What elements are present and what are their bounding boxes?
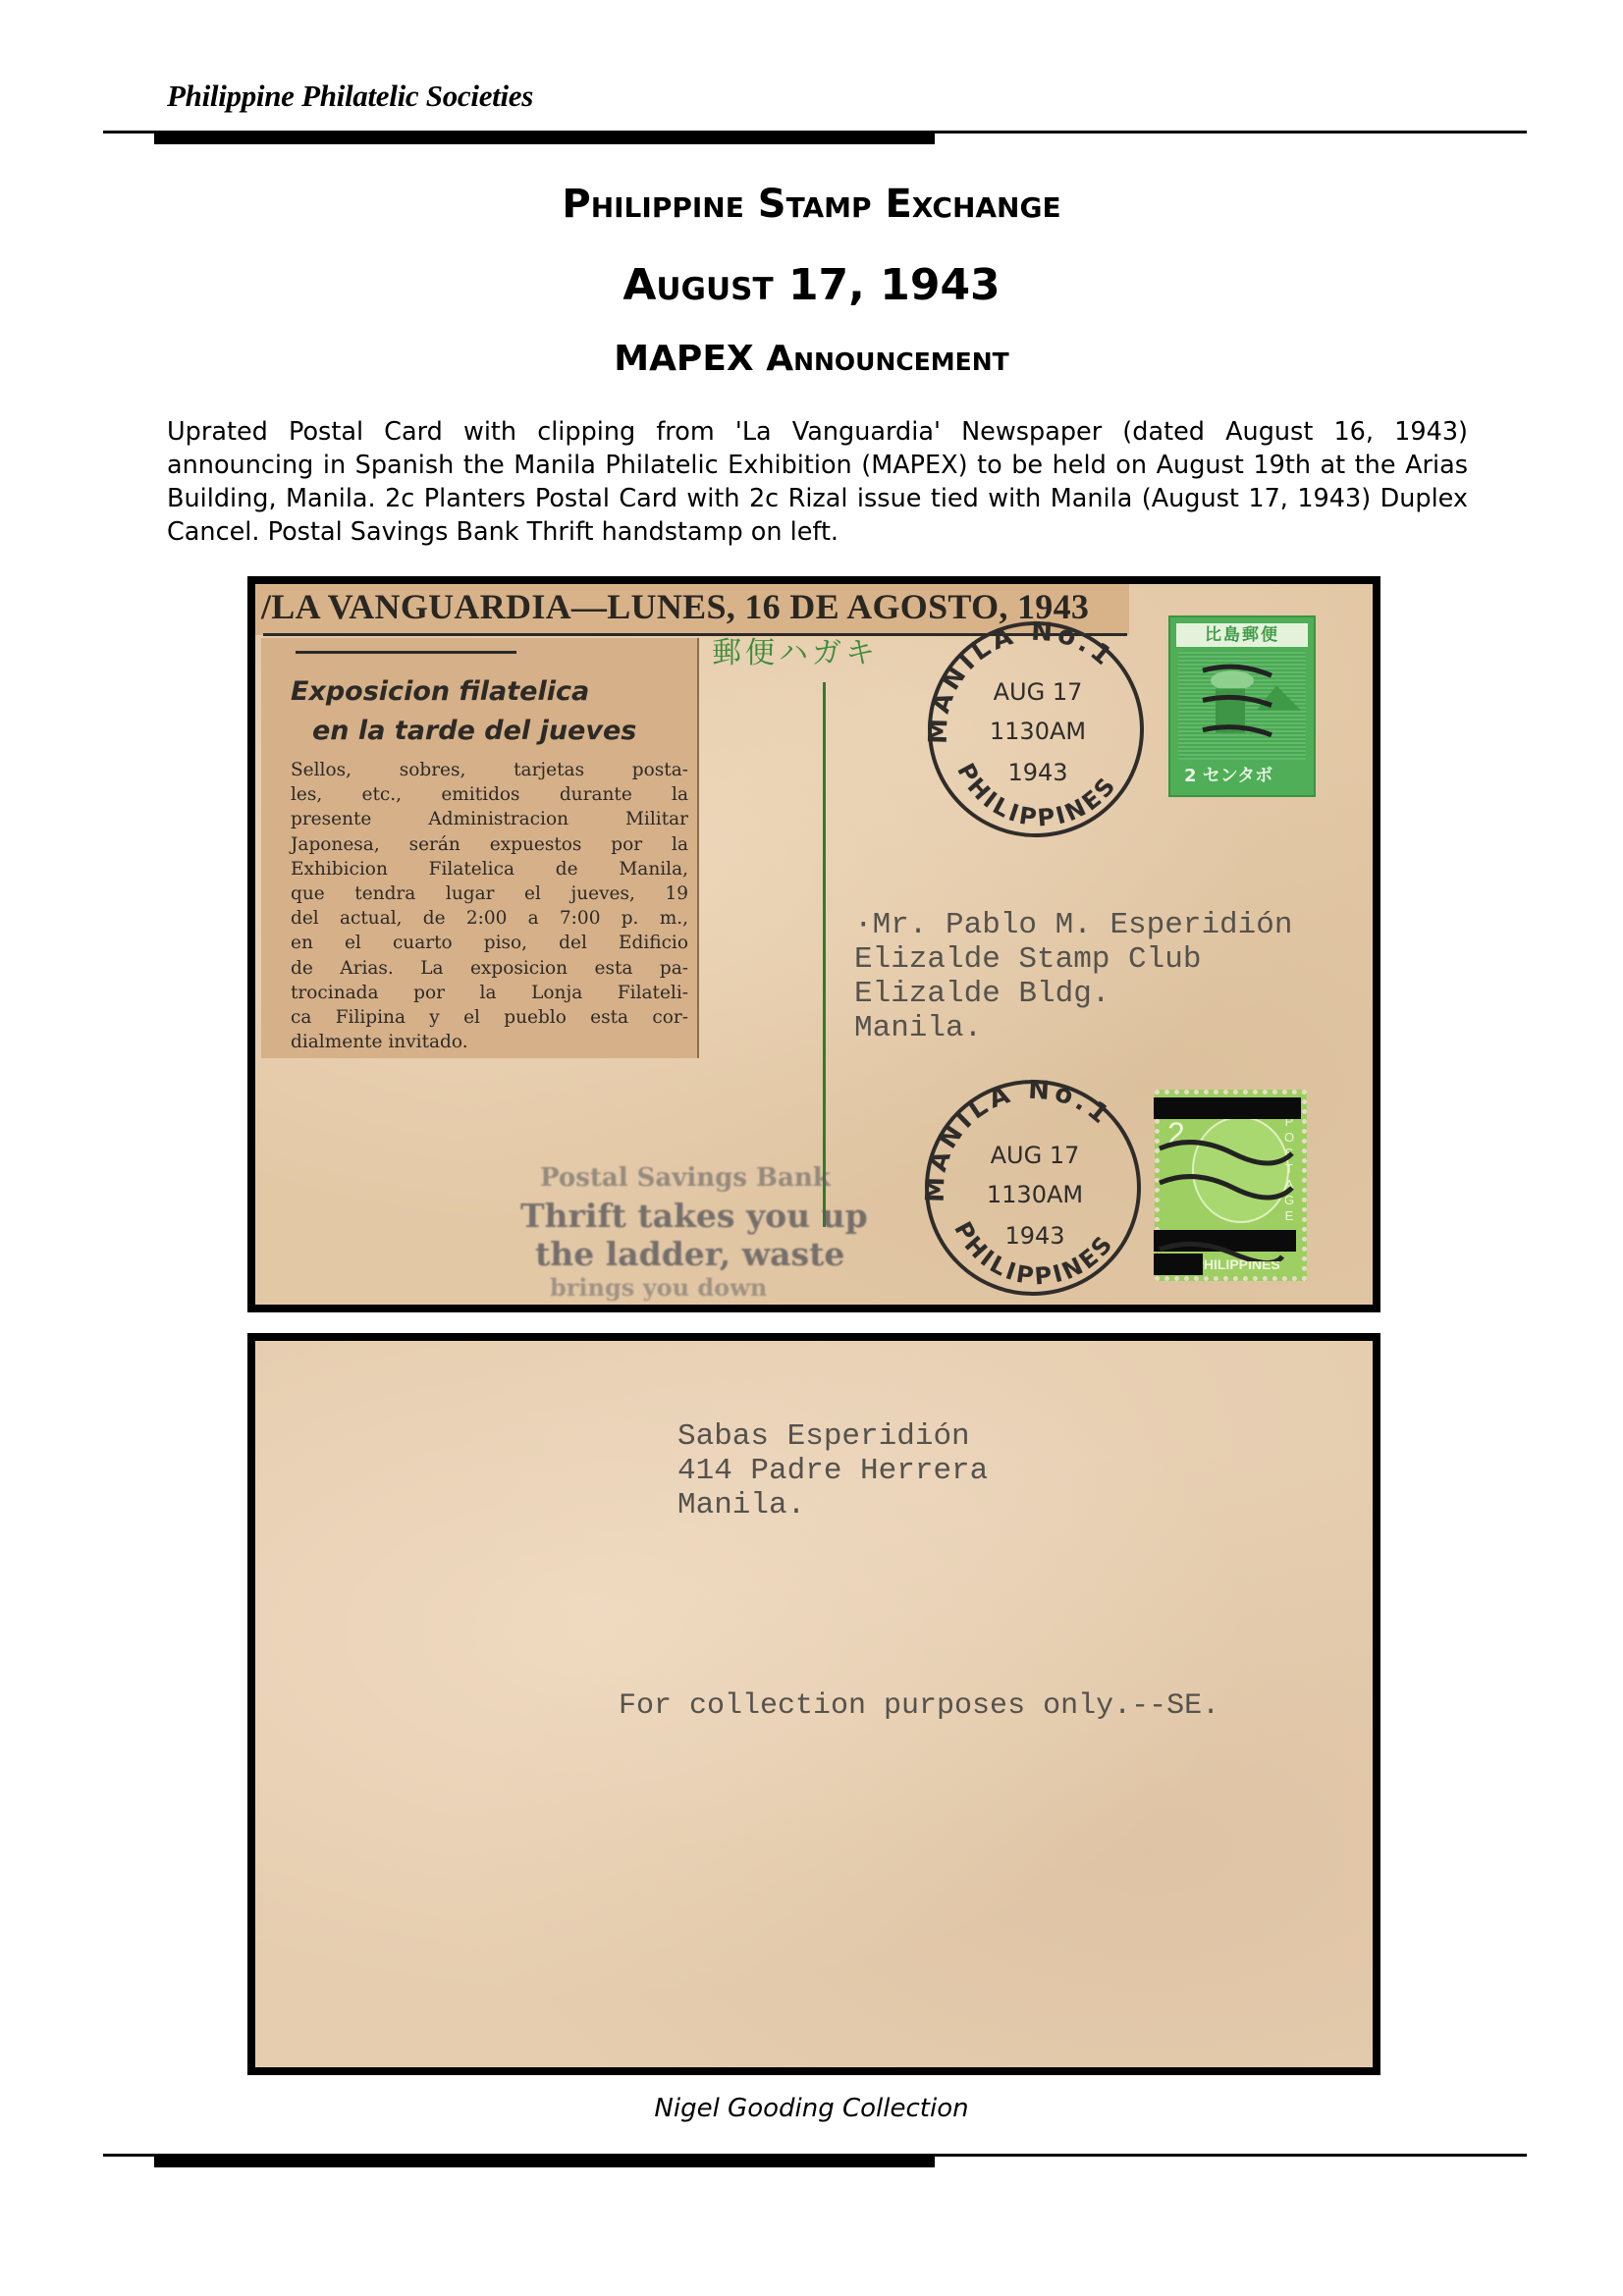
postal-savings-thrift-handstamp: Postal Savings Bank Thrift takes you up … — [520, 1163, 868, 1302]
svg-text:1130AM: 1130AM — [987, 1181, 1083, 1208]
clipping-line: ca Filipina y el pueblo esta cor- — [291, 1005, 688, 1030]
clipping-line: Sellos, sobres, tarjetas posta- — [291, 758, 688, 782]
clipping-line: presente Administracion Militar — [291, 807, 688, 831]
svg-text:1943: 1943 — [1004, 1222, 1064, 1250]
header-rule-bar — [154, 133, 935, 144]
address-line: ·Mr. Pablo M. Esperidión — [854, 908, 1292, 942]
rizal-adhesive-stamp: 2 POSTAGE E PHILIPPINES — [1155, 1090, 1307, 1281]
page-subtitle: MAPEX Announcement — [0, 339, 1623, 379]
handstamp-line: brings you down — [550, 1273, 868, 1302]
headline-line-1: Exposicion filatelica — [291, 676, 589, 707]
description: Uprated Postal Card with clipping from '… — [167, 415, 1468, 549]
clipping-body: Sellos, sobres, tarjetas posta- les, etc… — [291, 758, 688, 1054]
sender-address: Sabas Esperidión414 Padre HerreraManila. — [677, 1419, 988, 1522]
address-line: Sabas Esperidión — [677, 1419, 988, 1454]
collection-caption: Nigel Gooding Collection — [0, 2094, 1623, 2123]
headline-line-2: en la tarde del jueves — [291, 712, 636, 751]
postal-card-back: Sabas Esperidión414 Padre HerreraManila.… — [247, 1333, 1380, 2075]
postal-card-front: /LA VANGUARDIA—LUNES, 16 DE AGOSTO, 1943… — [247, 576, 1380, 1312]
newspaper-clipping: Exposicion filatelica en la tarde del ju… — [261, 638, 699, 1058]
address-line: Manila. — [854, 1011, 1292, 1045]
stamp-top-text: 比島郵便 — [1176, 623, 1308, 647]
page-title: Philippine Stamp Exchange — [0, 182, 1623, 227]
address-line: Elizalde Stamp Club — [854, 942, 1292, 977]
manila-cancel-postmark-2: MANILA No.1 PHILIPPINES AUG 17 1130AM 19… — [915, 1070, 1151, 1305]
running-title: Philippine Philatelic Societies — [167, 79, 533, 114]
clipping-line: trocinada por la Lonja Filateli- — [291, 981, 688, 1005]
svg-text:AUG 17: AUG 17 — [991, 1142, 1080, 1169]
clipping-line: del actual, de 2:00 a 7:00 p. m., — [291, 906, 688, 931]
footer-rule-bar — [154, 2157, 935, 2167]
clipping-headline: Exposicion filatelica en la tarde del ju… — [291, 672, 636, 751]
recipient-address: ·Mr. Pablo M. EsperidiónElizalde Stamp C… — [854, 908, 1292, 1045]
imprinted-planter-stamp: 比島郵便 2 センタボ — [1168, 615, 1316, 797]
handstamp-line: Thrift takes you up — [520, 1197, 868, 1235]
postal-card-heading: 郵便ハガキ — [712, 628, 879, 671]
handstamp-line: Postal Savings Bank — [540, 1163, 868, 1193]
svg-text:AUG 17: AUG 17 — [994, 678, 1083, 706]
clipping-line: Japonesa, serán expuestos por la — [291, 832, 688, 857]
planter-scene — [1178, 651, 1306, 760]
svg-text:1943: 1943 — [1007, 759, 1067, 786]
clipping-line: les, etc., emitidos durante la — [291, 782, 688, 807]
clipping-line: que tendra lugar el jueves, 19 — [291, 881, 688, 906]
clipping-line: en el cuarto piso, del Edificio — [291, 931, 688, 955]
obliteration-bar — [1154, 1097, 1301, 1119]
clipping-line: Exhibicion Filatelica de Manila, — [291, 857, 688, 881]
address-line: 414 Padre Herrera — [677, 1454, 988, 1488]
clipping-rule — [296, 651, 516, 654]
manila-cancel-postmark: MANILA No.1 PHILIPPINES AUG 17 1130AM 19… — [918, 612, 1154, 847]
clipping-line: de Arias. La exposicion esta pa- — [291, 956, 688, 981]
handstamp-line: the ladder, waste — [535, 1235, 868, 1273]
page-date: August 17, 1943 — [0, 260, 1623, 310]
collection-note: For collection purposes only.--SE. — [619, 1689, 1219, 1724]
stamp-value-text: 2 センタボ — [1176, 764, 1308, 789]
svg-text:1130AM: 1130AM — [990, 718, 1086, 745]
address-divider — [823, 682, 826, 1227]
address-line: Elizalde Bldg. — [854, 977, 1292, 1011]
clipping-line: dialmente invitado. — [291, 1030, 688, 1054]
address-line: Manila. — [677, 1488, 988, 1522]
